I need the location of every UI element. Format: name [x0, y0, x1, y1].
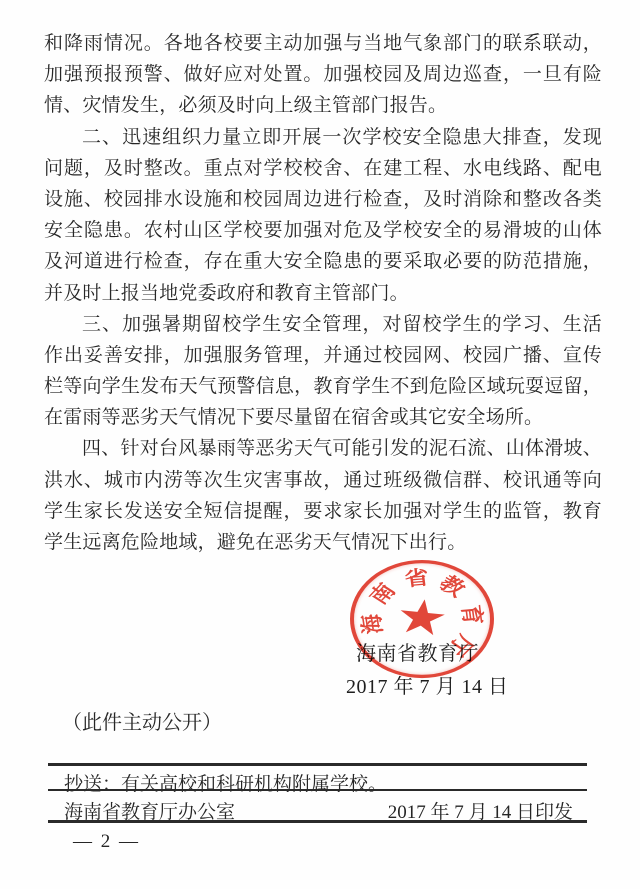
- text-line: 安全隐患。农村山区学校要加强对危及学校安全的易滑坡的山体: [44, 215, 602, 246]
- footer-rule-top: [48, 763, 587, 766]
- signature-agency: 海南省教育厅: [356, 637, 479, 666]
- text-line: 和降雨情况。各地各校要主动加强与当地气象部门的联系联动，: [44, 28, 602, 59]
- page-number: — 2 —: [73, 831, 140, 853]
- text-line: 栏等向学生发布天气预警信息，教育学生不到危险区域玩耍逗留，: [44, 371, 602, 402]
- seal-star-icon: ★: [393, 591, 452, 643]
- text-line: 四、针对台风暴雨等恶劣天气可能引发的泥石流、山体滑坡、: [44, 433, 602, 464]
- footer-rule-bottom: [48, 820, 587, 823]
- seal-char: 南: [367, 580, 401, 608]
- text-line: 学生家长发送安全短信提醒，要求家长加强对学生的监管，教育: [44, 496, 602, 527]
- publicity-note: （此件主动公开）: [62, 706, 222, 735]
- text-line: 洪水、城市内涝等次生灾害事故，通过班级微信群、校讯通等向: [44, 465, 602, 496]
- seal-char: 教: [435, 573, 469, 601]
- text-line: 加强预报预警、做好应对处置。加强校园及周边巡查，一旦有险: [44, 59, 602, 90]
- text-line: 在雷雨等恶劣天气情况下要尽量留在宿舍或其它安全场所。: [44, 402, 602, 433]
- text-line: 及河道进行检查，存在重大安全隐患的要采取必要的防范措施，: [44, 246, 602, 277]
- seal-char: 省: [404, 568, 430, 590]
- text-line: 设施、校园排水设施和校园周边进行检查，及时消除和整改各类: [44, 184, 602, 215]
- text-line: 并及时上报当地党委政府和教育主管部门。: [44, 278, 602, 309]
- document-page: 和降雨情况。各地各校要主动加强与当地气象部门的联系联动， 加强预报预警、做好应对…: [0, 0, 640, 889]
- seal-char: 育: [458, 604, 484, 626]
- signature-date: 2017 年 7 月 14 日: [346, 670, 509, 699]
- footer-cc-line: 抄送：有关高校和科研机构附属学校。: [64, 769, 387, 796]
- seal-char: 海: [360, 613, 387, 635]
- text-line: 二、迅速组织力量立即开展一次学校安全隐患大排查，发现: [44, 122, 602, 153]
- footer-rule-middle: [48, 789, 587, 791]
- text-line: 情、灾情发生，必须及时向上级主管部门报告。: [44, 90, 602, 121]
- body-text: 和降雨情况。各地各校要主动加强与当地气象部门的联系联动， 加强预报预警、做好应对…: [44, 28, 602, 558]
- text-line: 学生远离危险地域，避免在恶劣天气情况下出行。: [44, 527, 602, 558]
- text-line: 作出妥善安排，加强服务管理，并通过校园网、校园广播、宣传: [44, 340, 602, 371]
- text-line: 三、加强暑期留校学生安全管理，对留校学生的学习、生活: [44, 309, 602, 340]
- text-line: 问题，及时整改。重点对学校校舍、在建工程、水电线路、配电: [44, 153, 602, 184]
